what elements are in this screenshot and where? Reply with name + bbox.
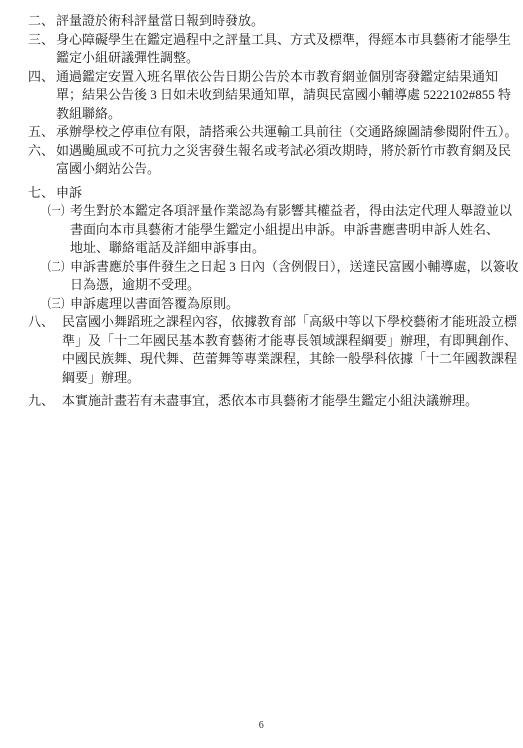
text-line: 書面向本市具藝術才能學生鑑定小組提出申訴。申訴書應書明申訴人姓名、 [70, 221, 523, 240]
item-marker: 四、 [28, 68, 54, 87]
item-marker: 九、 [28, 392, 54, 411]
text-line: 民富國小舞蹈班之課程內容，依據教育部「高級中等以下學校藝術才能班設立標 [62, 313, 523, 332]
list-item: 二、 評量證於術科評量當日報到時發放。 [0, 12, 523, 31]
page-number: 6 [0, 720, 523, 731]
text-line: 綱要」辦理。 [62, 369, 523, 388]
item-marker: （一） [42, 202, 70, 221]
list-item: 五、 承辦學校之停車位有限，請搭乘公共運輸工具前往（交通路線圖請參閱附件五）。 [0, 123, 523, 142]
list-item: （二） 申訴書應於事件發生之日起 3 日內（含例假日），送達民富國小輔導處，以簽… [0, 258, 523, 295]
text-line: 準」及「十二年國民基本教育藝術才能專長領域課程綱要」辦理，有即興創作、 [62, 332, 523, 351]
text-line: 中國民族舞、現代舞、芭蕾舞等專業課程，其餘一般學科依據「十二年國教課程 [62, 350, 523, 369]
item-text: 評量證於術科評量當日報到時發放。 [56, 12, 523, 31]
text-line: 通過鑑定安置入班名單依公告日期公告於本市教育網並個別寄發鑑定結果通知 [56, 68, 523, 87]
text-line: 申訴 [56, 184, 523, 203]
item-text: 考生對於本鑑定各項評量作業認為有影響其權益者，得由法定代理人舉證並以書面向本市具… [70, 202, 523, 258]
list-item: 七、 申訴 [0, 184, 523, 203]
item-text: 通過鑑定安置入班名單依公告日期公告於本市教育網並個別寄發鑑定結果通知單；結果公告… [56, 68, 523, 124]
item-text: 身心障礙學生在鑑定過程中之評量工具、方式及標準，得經本市具藝術才能學生鑑定小組研… [56, 31, 523, 68]
list-item: （三） 申訴處理以書面答覆為原則。 [0, 295, 523, 314]
document-page: 二、 評量證於術科評量當日報到時發放。 三、 身心障礙學生在鑑定過程中之評量工具… [0, 0, 523, 748]
list-item: 八、 民富國小舞蹈班之課程內容，依據教育部「高級中等以下學校藝術才能班設立標準」… [0, 313, 523, 387]
text-line: 教組聯絡。 [56, 105, 523, 124]
item-text: 如遇颱風或不可抗力之災害發生報名或考試必須改期時，將於新竹市教育網及民富國小網站… [56, 142, 523, 179]
list-item: （一） 考生對於本鑑定各項評量作業認為有影響其權益者，得由法定代理人舉證並以書面… [0, 202, 523, 258]
item-marker: 七、 [28, 184, 54, 203]
item-marker: （二） [42, 258, 70, 277]
list-item: 九、 本實施計畫若有未盡事宜，悉依本市具藝術才能學生鑑定小組決議辦理。 [0, 392, 523, 411]
document-body: 二、 評量證於術科評量當日報到時發放。 三、 身心障礙學生在鑑定過程中之評量工具… [0, 12, 523, 411]
text-line: 如遇颱風或不可抗力之災害發生報名或考試必須改期時，將於新竹市教育網及民 [56, 142, 523, 161]
text-line: 日為憑，逾期不受理。 [70, 276, 523, 295]
item-text: 本實施計畫若有未盡事宜，悉依本市具藝術才能學生鑑定小組決議辦理。 [62, 392, 523, 411]
item-text: 申訴書應於事件發生之日起 3 日內（含例假日），送達民富國小輔導處，以簽收日為憑… [70, 258, 523, 295]
text-line: 申訴處理以書面答覆為原則。 [70, 295, 523, 314]
text-line: 身心障礙學生在鑑定過程中之評量工具、方式及標準，得經本市具藝術才能學生 [56, 31, 523, 50]
text-line: 地址、聯絡電話及詳細申訴事由。 [70, 239, 523, 258]
text-line: 單；結果公告後 3 日如未收到結果通知單，請與民富國小輔導處 5222102#8… [56, 86, 523, 105]
text-line: 考生對於本鑑定各項評量作業認為有影響其權益者，得由法定代理人舉證並以 [70, 202, 523, 221]
item-marker: 五、 [28, 123, 54, 142]
item-marker: 二、 [28, 12, 54, 31]
list-item: 六、 如遇颱風或不可抗力之災害發生報名或考試必須改期時，將於新竹市教育網及民富國… [0, 142, 523, 179]
item-marker: 三、 [28, 31, 54, 50]
item-marker: 六、 [28, 142, 54, 161]
item-text: 承辦學校之停車位有限，請搭乘公共運輸工具前往（交通路線圖請參閱附件五）。 [56, 123, 523, 142]
text-line: 評量證於術科評量當日報到時發放。 [56, 12, 523, 31]
text-line: 鑑定小組研議彈性調整。 [56, 49, 523, 68]
list-item: 三、 身心障礙學生在鑑定過程中之評量工具、方式及標準，得經本市具藝術才能學生鑑定… [0, 31, 523, 68]
text-line: 申訴書應於事件發生之日起 3 日內（含例假日），送達民富國小輔導處，以簽收 [70, 258, 523, 277]
item-text: 申訴處理以書面答覆為原則。 [70, 295, 523, 314]
item-text: 申訴 [56, 184, 523, 203]
item-marker: 八、 [28, 313, 54, 332]
item-marker: （三） [42, 295, 70, 314]
text-line: 富國小網站公告。 [56, 160, 523, 179]
item-text: 民富國小舞蹈班之課程內容，依據教育部「高級中等以下學校藝術才能班設立標準」及「十… [62, 313, 523, 387]
text-line: 本實施計畫若有未盡事宜，悉依本市具藝術才能學生鑑定小組決議辦理。 [62, 392, 523, 411]
list-item: 四、 通過鑑定安置入班名單依公告日期公告於本市教育網並個別寄發鑑定結果通知單；結… [0, 68, 523, 124]
text-line: 承辦學校之停車位有限，請搭乘公共運輸工具前往（交通路線圖請參閱附件五）。 [56, 123, 523, 142]
